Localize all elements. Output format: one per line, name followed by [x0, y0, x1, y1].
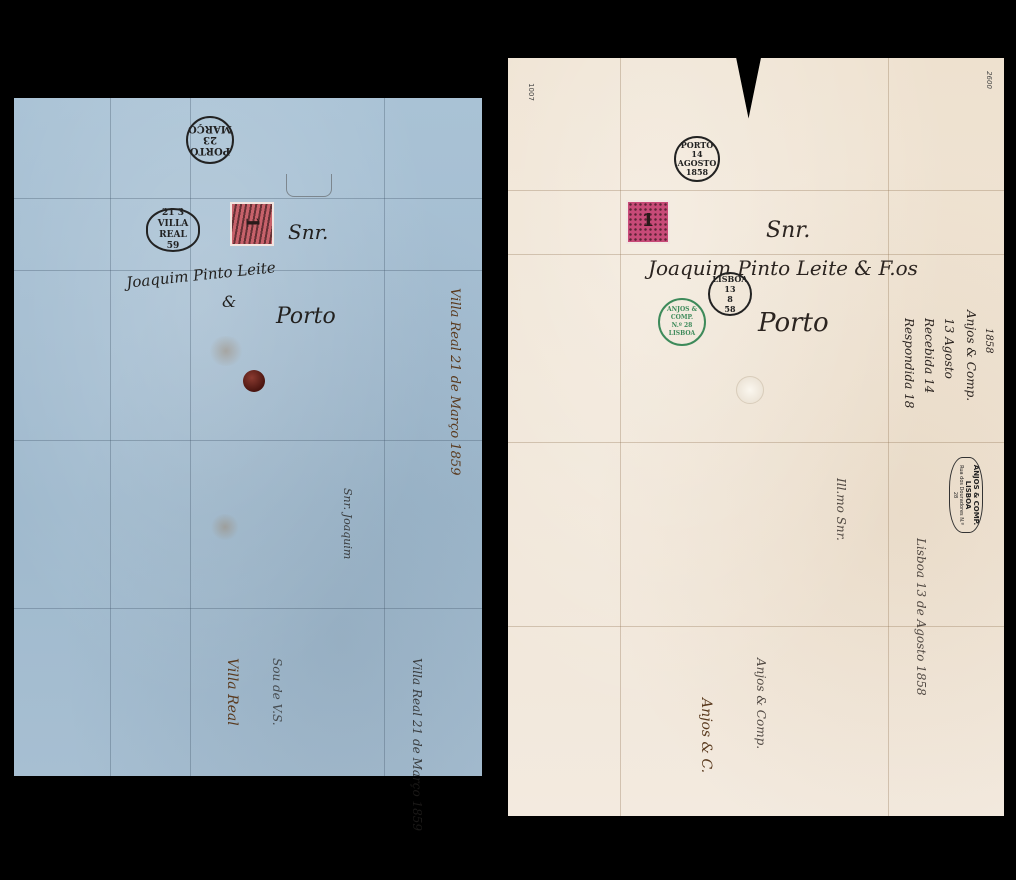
docket-sender: Anjos & Comp. [964, 310, 978, 401]
postmark-text: MARÇO [188, 124, 232, 135]
address-city: Porto [758, 308, 829, 338]
docket-answered: Respondida 18 [902, 318, 916, 408]
fold-line [620, 58, 621, 816]
address-name: Joaquim Pinto Leite [125, 258, 276, 292]
fold-line [190, 98, 191, 776]
fold-line [508, 254, 1004, 255]
fold-line [110, 98, 111, 776]
cartouche-text: LISBOA [964, 462, 972, 528]
fold-line [508, 442, 1004, 443]
postmark-text: 1858 [686, 168, 708, 177]
letter-body-text: Sou de V.S. [270, 658, 284, 726]
letter-body-text: Villa Real 21 de Março 1859 [410, 658, 424, 831]
fold-line [384, 98, 385, 776]
cartouche-text: ANJOS & COMP. [972, 462, 980, 528]
fold-line [14, 440, 482, 441]
stain [210, 514, 240, 540]
wax-seal [243, 370, 265, 392]
signature: Anjos & C. [698, 698, 714, 773]
postage-stamp: 1 [230, 202, 274, 246]
postmark-porto: PORTO 14 AGOSTO 1858 [674, 136, 720, 182]
postmark-text: 59 [167, 241, 180, 252]
address-line2: & [222, 292, 236, 311]
postmark-villa-real: 21 3 VILLA REAL 59 [146, 208, 200, 252]
boxed-handstamp [286, 174, 332, 197]
fold-line [14, 198, 482, 199]
address-name: Joaquim Pinto Leite & F.os [648, 256, 918, 280]
stain [208, 336, 244, 366]
postmark-text: ANJOS & COMP. [660, 306, 704, 322]
seal-imprint [736, 376, 764, 404]
postmark-text: 13 [724, 284, 735, 294]
archive-number: 2600 [985, 71, 993, 89]
margin-note: Villa Real 21 de Março 1859 [447, 288, 462, 475]
postmark-text: LISBOA [712, 274, 747, 284]
fold-line [508, 626, 1004, 627]
cartouche-address: Rua dos Douradores N.º 28 [952, 462, 964, 528]
archive-number: 1007 [527, 83, 535, 101]
letter-body-text: Lisboa 13 de Agosto 1858 [914, 538, 928, 696]
stamp-numeral: 1 [628, 210, 668, 231]
postmark-text: 58 [724, 304, 735, 314]
letter-body-text: Snr. Joaquim [341, 488, 354, 559]
stamp-numeral: 1 [242, 203, 263, 243]
letter-body-text: Ill.mo Snr. [834, 478, 848, 541]
letter-body-text: Anjos & Comp. [754, 658, 768, 749]
address-city: Porto [276, 304, 336, 329]
letter-left-blue: PORTO 23 MARÇO 21 3 VILLA REAL 59 1 Snr.… [14, 98, 482, 776]
postmark-text: 23 [203, 135, 217, 146]
signature: Villa Real [224, 658, 240, 726]
letter-right-cream: 1007 2600 PORTO 14 AGOSTO 1858 1 Snr. Jo… [508, 58, 1004, 816]
postage-stamp: 1 [626, 200, 670, 244]
postmark-text: N.º 28 [672, 322, 693, 330]
postmark-anjos-comp: ANJOS & COMP. N.º 28 LISBOA [658, 298, 706, 346]
address-salutation: Snr. [288, 220, 328, 244]
sender-cartouche: ANJOS & COMP. LISBOA Rua dos Douradores … [949, 457, 983, 533]
fold-line [888, 58, 889, 816]
fold-line [508, 190, 1004, 191]
postmark-text: 21 3 [162, 208, 184, 219]
postmark-lisboa: LISBOA 13 8 58 [708, 272, 752, 316]
fold-line [14, 608, 482, 609]
postmark-text: PORTO [190, 146, 231, 157]
postmark-text: 8 [727, 294, 733, 304]
docket-date: 13 Agosto [942, 318, 956, 379]
docket-received: Recebida 14 [922, 318, 936, 393]
postmark-text: VILLA REAL [148, 219, 198, 241]
postmark-text: LISBOA [669, 330, 695, 338]
docket-year: 1858 [983, 328, 994, 353]
postmark-porto: PORTO 23 MARÇO [186, 116, 234, 164]
address-salutation: Snr. [766, 218, 810, 243]
